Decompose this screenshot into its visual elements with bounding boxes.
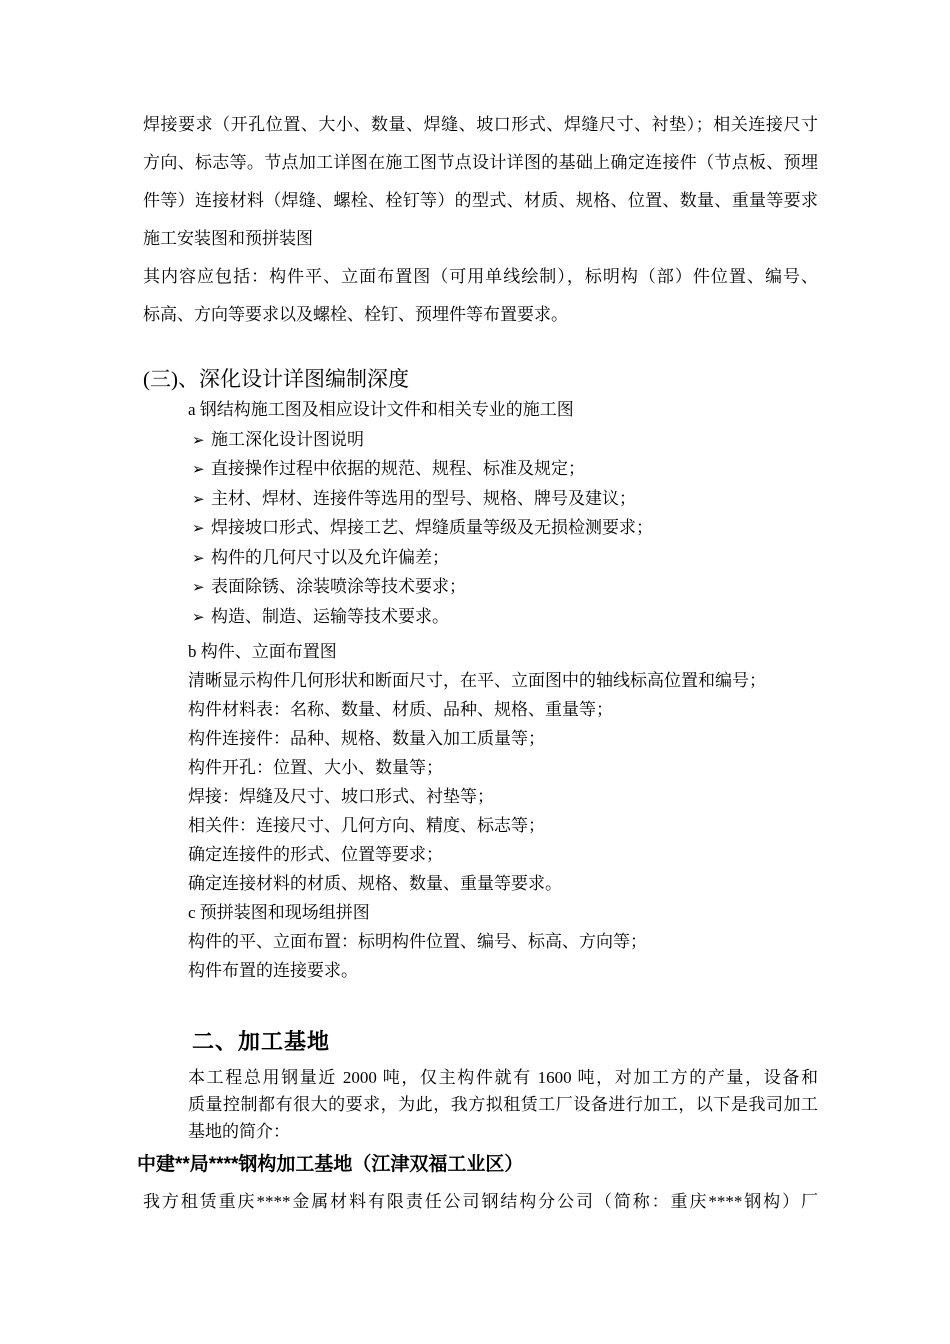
- text-line: 相关件：连接尺寸、几何方向、精度、标志等；: [188, 811, 848, 840]
- text-line: 质量控制都有很大的要求，为此，我方拟租赁工厂设备进行加工，以下是我司加工: [188, 1091, 818, 1118]
- detail-list-b-c: b 构件、立面布置图 清晰显示构件几何形状和断面尺寸，在平、立面图中的轴线标高位…: [188, 637, 848, 985]
- paragraph-factory-lease: 我方租赁重庆****金属材料有限责任公司钢结构分公司（简称：重庆****钢构）厂: [143, 1188, 818, 1216]
- text-line: 基地的简介：: [188, 1118, 818, 1145]
- text-line: 构件布置的连接要求。: [188, 956, 848, 985]
- text-line: 本工程总用钢量近 2000 吨，仅主构件就有 1600 吨，对加工方的产量，设备…: [188, 1064, 818, 1091]
- bullet-text: 直接操作过程中依据的规范、规程、标准及规定；: [211, 454, 585, 484]
- text-line: 确定连接件的形式、位置等要求；: [188, 840, 848, 869]
- bullet-text: 焊接坡口形式、焊接工艺、焊缝质量等级及无损检测要求；: [211, 513, 653, 543]
- paragraph-content-includes: 其内容应包括：构件平、立面布置图（可用单线绘制），标明构（部）件位置、编号、 标…: [143, 258, 818, 334]
- text-line: 焊接要求（开孔位置、大小、数量、焊缝、坡口形式、焊缝尺寸、衬垫）；相关连接尺寸: [143, 106, 818, 144]
- bullet-item: ➢ 构造、制造、运输等技术要求。: [188, 602, 848, 632]
- base-name-heading: 中建**局****钢构加工基地（江津双福工业区）: [137, 1151, 523, 1179]
- arrow-bullet-icon: ➢: [192, 603, 211, 633]
- text-line: 件等）连接材料（焊缝、螺栓、栓钉等）的型式、材质、规格、位置、数量、重量等要求: [143, 182, 818, 220]
- text-line: 构件开孔：位置、大小、数量等；: [188, 753, 848, 782]
- bullet-text: 表面除锈、涂装喷涂等技术要求；: [211, 572, 466, 602]
- bullet-item: ➢ 构件的几何尺寸以及允许偏差；: [188, 543, 848, 573]
- text-line: 焊接：焊缝及尺寸、坡口形式、衬垫等；: [188, 782, 848, 811]
- text-line: 清晰显示构件几何形状和断面尺寸，在平、立面图中的轴线标高位置和编号；: [188, 666, 848, 695]
- arrow-bullet-icon: ➢: [192, 514, 211, 544]
- text-line: 标高、方向等要求以及螺栓、栓钉、预埋件等布置要求。: [143, 296, 818, 334]
- list-item-b: b 构件、立面布置图: [188, 637, 848, 666]
- list-item-c: c 预拼装图和现场组拼图: [188, 898, 848, 927]
- text-line: 确定连接材料的材质、规格、数量、重量等要求。: [188, 869, 848, 898]
- bullet-item: ➢ 施工深化设计图说明: [188, 425, 848, 455]
- bullet-list: ➢ 施工深化设计图说明 ➢ 直接操作过程中依据的规范、规程、标准及规定； ➢ 主…: [188, 425, 848, 632]
- bullet-item: ➢ 表面除锈、涂装喷涂等技术要求；: [188, 572, 848, 602]
- detail-list-a: a 钢结构施工图及相应设计文件和相关专业的施工图 ➢ 施工深化设计图说明 ➢ 直…: [188, 395, 848, 631]
- bullet-item: ➢ 焊接坡口形式、焊接工艺、焊缝质量等级及无损检测要求；: [188, 513, 848, 543]
- bullet-text: 构造、制造、运输等技术要求。: [211, 602, 449, 632]
- bullet-text: 主材、焊材、连接件等选用的型号、规格、牌号及建议；: [211, 484, 636, 514]
- paragraph-steel-tonnage: 本工程总用钢量近 2000 吨，仅主构件就有 1600 吨，对加工方的产量，设备…: [188, 1064, 818, 1145]
- paragraph-welding-requirements: 焊接要求（开孔位置、大小、数量、焊缝、坡口形式、焊缝尺寸、衬垫）；相关连接尺寸 …: [143, 106, 818, 258]
- b-detail-lines: 清晰显示构件几何形状和断面尺寸，在平、立面图中的轴线标高位置和编号； 构件材料表…: [188, 666, 848, 898]
- list-item-a: a 钢结构施工图及相应设计文件和相关专业的施工图: [188, 395, 848, 425]
- text-line: 构件连接件：品种、规格、数量入加工质量等；: [188, 724, 848, 753]
- arrow-bullet-icon: ➢: [192, 544, 211, 574]
- text-line: 构件的平、立面布置：标明构件位置、编号、标高、方向等；: [188, 927, 848, 956]
- bullet-text: 施工深化设计图说明: [211, 425, 364, 455]
- bullet-item: ➢ 主材、焊材、连接件等选用的型号、规格、牌号及建议；: [188, 484, 848, 514]
- c-detail-lines: 构件的平、立面布置：标明构件位置、编号、标高、方向等； 构件布置的连接要求。: [188, 927, 848, 985]
- section-heading-processing-base: 二、加工基地: [192, 1025, 330, 1059]
- text-line: 其内容应包括：构件平、立面布置图（可用单线绘制），标明构（部）件位置、编号、: [143, 258, 818, 296]
- bullet-item: ➢ 直接操作过程中依据的规范、规程、标准及规定；: [188, 454, 848, 484]
- arrow-bullet-icon: ➢: [192, 485, 211, 515]
- text-line: 施工安装图和预拼装图: [143, 220, 818, 258]
- text-line: 方向、标志等。节点加工详图在施工图节点设计详图的基础上确定连接件（节点板、预埋: [143, 144, 818, 182]
- arrow-bullet-icon: ➢: [192, 573, 211, 603]
- arrow-bullet-icon: ➢: [192, 426, 211, 456]
- bullet-text: 构件的几何尺寸以及允许偏差；: [211, 543, 449, 573]
- section-heading-detail-design-depth: (三)、深化设计详图编制深度: [143, 364, 409, 394]
- text-line: 构件材料表：名称、数量、材质、品种、规格、重量等；: [188, 695, 848, 724]
- text-line: 我方租赁重庆****金属材料有限责任公司钢结构分公司（简称：重庆****钢构）厂: [143, 1188, 818, 1216]
- arrow-bullet-icon: ➢: [192, 455, 211, 485]
- document-page: 焊接要求（开孔位置、大小、数量、焊缝、坡口形式、焊缝尺寸、衬垫）；相关连接尺寸 …: [0, 0, 950, 1344]
